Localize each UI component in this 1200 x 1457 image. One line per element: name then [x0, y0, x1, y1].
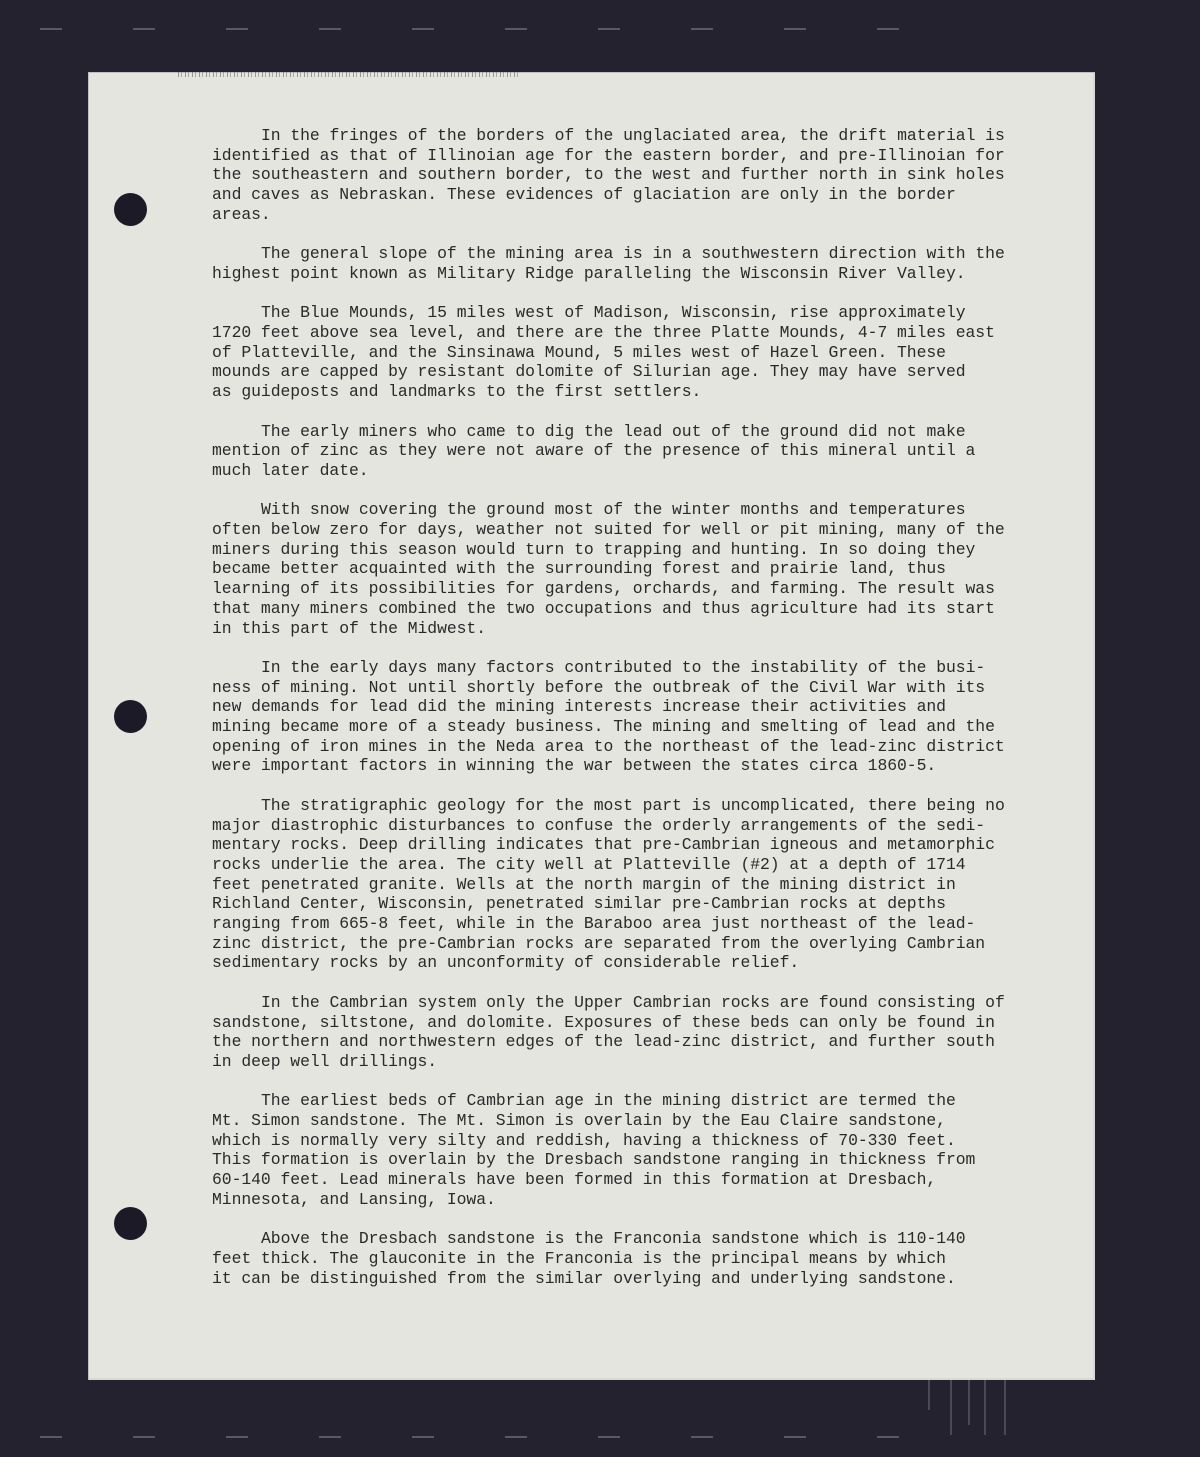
paragraph-civil-war: In the early days many factors contribut…	[212, 658, 1022, 776]
scan-ruler-top	[0, 28, 1200, 32]
punch-hole-top	[114, 193, 147, 226]
scan-clip-marks	[928, 1380, 1023, 1435]
paragraph-glaciation: In the fringes of the borders of the ung…	[212, 126, 1022, 225]
punch-hole-bottom	[114, 1207, 147, 1240]
paragraph-mounds: The Blue Mounds, 15 miles west of Madiso…	[212, 303, 1022, 402]
document-body: In the fringes of the borders of the ung…	[212, 126, 1022, 1308]
scan-ruler-bottom	[0, 1436, 1200, 1440]
scan-edge-artifact	[178, 72, 518, 77]
paragraph-slope: The general slope of the mining area is …	[212, 244, 1022, 283]
paragraph-franconia: Above the Dresbach sandstone is the Fran…	[212, 1229, 1022, 1288]
paragraph-winter: With snow covering the ground most of th…	[212, 500, 1022, 638]
typewritten-page: In the fringes of the borders of the ung…	[88, 72, 1095, 1380]
punch-hole-middle	[114, 700, 147, 733]
paragraph-mt-simon: The earliest beds of Cambrian age in the…	[212, 1091, 1022, 1209]
paragraph-cambrian-system: In the Cambrian system only the Upper Ca…	[212, 993, 1022, 1072]
paragraph-early-miners: The early miners who came to dig the lea…	[212, 422, 1022, 481]
paragraph-stratigraphy: The stratigraphic geology for the most p…	[212, 796, 1022, 973]
